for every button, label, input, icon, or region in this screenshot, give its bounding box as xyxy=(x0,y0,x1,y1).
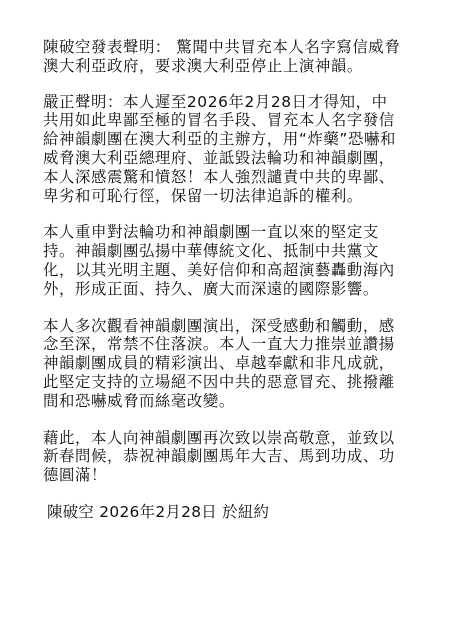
signature-line: 陳破空 2026年2月28日 於紐約 xyxy=(43,503,403,522)
solemn-statement-paragraph: 嚴正聲明：本人遲至2026年2月28日才得知，中共用如此卑鄙至極的冒名手段、冒充… xyxy=(43,93,403,206)
headline-paragraph: 陳破空發表聲明： 驚聞中共冒充本人名字寫信威脅澳大利亞政府，要求澳大利亞停止上演… xyxy=(43,38,403,76)
greeting-paragraph: 藉此，本人向神韻劇團再次致以崇高敬意，並致以新春問候，恭祝神韻劇團馬年大吉、馬到… xyxy=(43,429,403,485)
support-paragraph: 本人重申對法輪功和神韻劇團一直以來的堅定支持。神韻劇團弘揚中華傳統文化、抵制中共… xyxy=(43,223,403,298)
personal-experience-paragraph: 本人多次觀看神韻劇團演出，深受感動和觸動，感念至深，常禁不住落淚。本人一直大力推… xyxy=(43,317,403,411)
statement-document: 陳破空發表聲明： 驚聞中共冒充本人名字寫信威脅澳大利亞政府，要求澳大利亞停止上演… xyxy=(43,38,403,522)
